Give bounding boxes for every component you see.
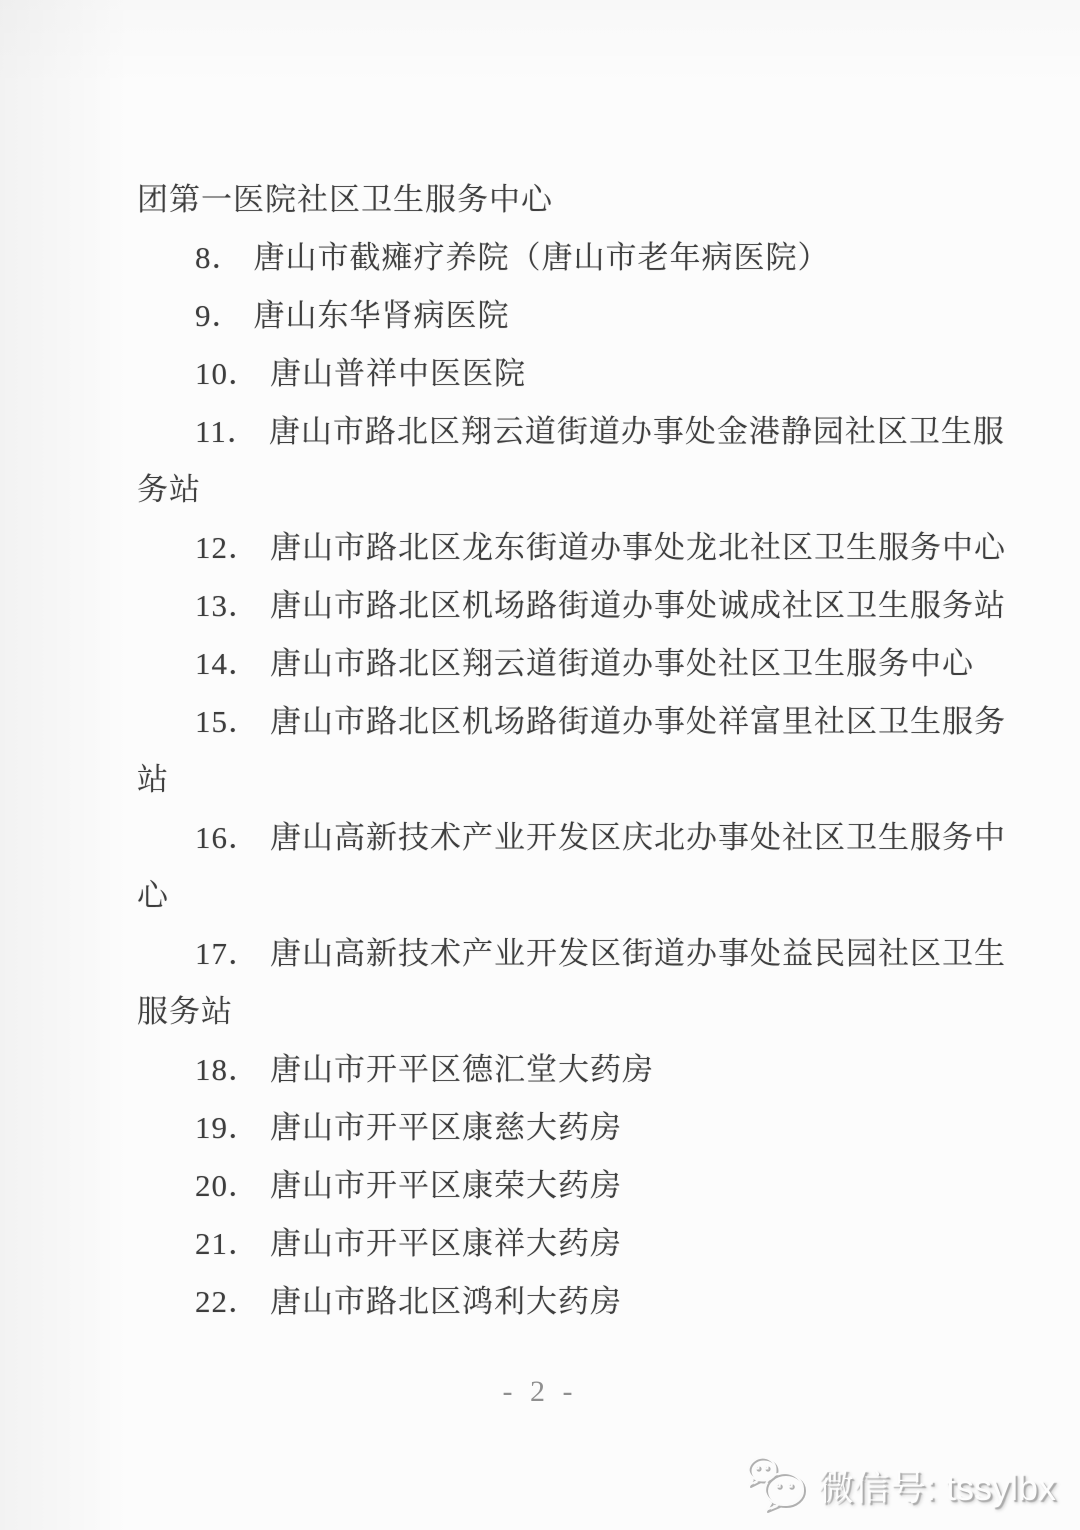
item-number: 16． xyxy=(195,820,260,855)
list-item-10: 10．唐山普祥中医医院 xyxy=(137,345,972,403)
item-number: 8． xyxy=(195,240,244,275)
list-item-11: 11．唐山市路北区翔云道街道办事处金港静园社区卫生服务站 xyxy=(137,403,972,519)
list-item-18: 18．唐山市开平区德汇堂大药房 xyxy=(137,1041,972,1099)
item-text: 唐山市开平区德汇堂大药房 xyxy=(270,1052,654,1087)
item-text: 唐山市开平区康祥大药房 xyxy=(270,1226,622,1261)
list-item-17: 17．唐山高新技术产业开发区街道办事处益民园社区卫生服务站 xyxy=(137,925,972,1041)
page-number: - 2 - xyxy=(0,1374,1080,1410)
item-number: 17． xyxy=(195,936,260,971)
list-item-12: 12．唐山市路北区龙东街道办事处龙北社区卫生服务中心 xyxy=(137,519,972,577)
item-text: 唐山市路北区机场路街道办事处祥富里社区卫生服务 xyxy=(270,704,1006,739)
item-number: 9． xyxy=(195,298,244,333)
list-item-14: 14．唐山市路北区翔云道街道办事处社区卫生服务中心 xyxy=(137,635,972,693)
list-item-19: 19．唐山市开平区康慈大药房 xyxy=(137,1099,972,1157)
item-number: 15． xyxy=(195,704,260,739)
list-item-8: 8．唐山市截瘫疗养院（唐山市老年病医院） xyxy=(137,229,972,287)
wechat-icon xyxy=(744,1456,808,1514)
item-number: 21． xyxy=(195,1226,260,1261)
item-text: 唐山市截瘫疗养院（唐山市老年病医院） xyxy=(254,240,830,275)
list-item-13: 13．唐山市路北区机场路街道办事处诚成社区卫生服务站 xyxy=(137,577,972,635)
item-text-wrap: 站 xyxy=(137,762,169,797)
item-number: 10． xyxy=(195,356,260,391)
item-text: 唐山市开平区康慈大药房 xyxy=(270,1110,622,1145)
list-item-22: 22．唐山市路北区鸿利大药房 xyxy=(137,1273,972,1331)
item-number: 14． xyxy=(195,646,260,681)
item-text-wrap: 心 xyxy=(137,878,169,913)
document-body: 团第一医院社区卫生服务中心 8．唐山市截瘫疗养院（唐山市老年病医院） 9．唐山东… xyxy=(137,171,972,1331)
item-text: 唐山市路北区翔云道街道办事处社区卫生服务中心 xyxy=(270,646,974,681)
item-number: 13． xyxy=(195,588,260,623)
item-text: 唐山东华肾病医院 xyxy=(254,298,510,333)
item-text-wrap: 务站 xyxy=(137,472,201,507)
item-text-wrap: 服务站 xyxy=(137,994,233,1029)
item-number: 22． xyxy=(195,1284,260,1319)
watermark-text: 微信号: tssylbx xyxy=(818,1460,1056,1511)
list-item-9: 9．唐山东华肾病医院 xyxy=(137,287,972,345)
carryover-line: 团第一医院社区卫生服务中心 xyxy=(137,171,972,229)
item-number: 19． xyxy=(195,1110,260,1145)
list-item-15: 15．唐山市路北区机场路街道办事处祥富里社区卫生服务站 xyxy=(137,693,972,809)
list-item-21: 21．唐山市开平区康祥大药房 xyxy=(137,1215,972,1273)
item-number: 12． xyxy=(195,530,260,565)
item-text: 唐山市路北区鸿利大药房 xyxy=(270,1284,622,1319)
scanned-document-page: 团第一医院社区卫生服务中心 8．唐山市截瘫疗养院（唐山市老年病医院） 9．唐山东… xyxy=(0,0,1080,1530)
item-text: 唐山普祥中医医院 xyxy=(270,356,526,391)
wechat-watermark: 微信号: tssylbx xyxy=(744,1456,1056,1514)
item-number: 11． xyxy=(195,414,259,449)
item-text: 唐山高新技术产业开发区街道办事处益民园社区卫生 xyxy=(270,936,1006,971)
item-text: 唐山市路北区龙东街道办事处龙北社区卫生服务中心 xyxy=(270,530,1006,565)
list-item-16: 16．唐山高新技术产业开发区庆北办事处社区卫生服务中心 xyxy=(137,809,972,925)
item-number: 20． xyxy=(195,1168,260,1203)
list-item-20: 20．唐山市开平区康荣大药房 xyxy=(137,1157,972,1215)
item-text: 唐山市开平区康荣大药房 xyxy=(270,1168,622,1203)
item-number: 18． xyxy=(195,1052,260,1087)
item-text: 唐山高新技术产业开发区庆北办事处社区卫生服务中 xyxy=(270,820,1006,855)
item-text: 唐山市路北区机场路街道办事处诚成社区卫生服务站 xyxy=(270,588,1006,623)
item-text: 唐山市路北区翔云道街道办事处金港静园社区卫生服 xyxy=(269,414,1005,449)
